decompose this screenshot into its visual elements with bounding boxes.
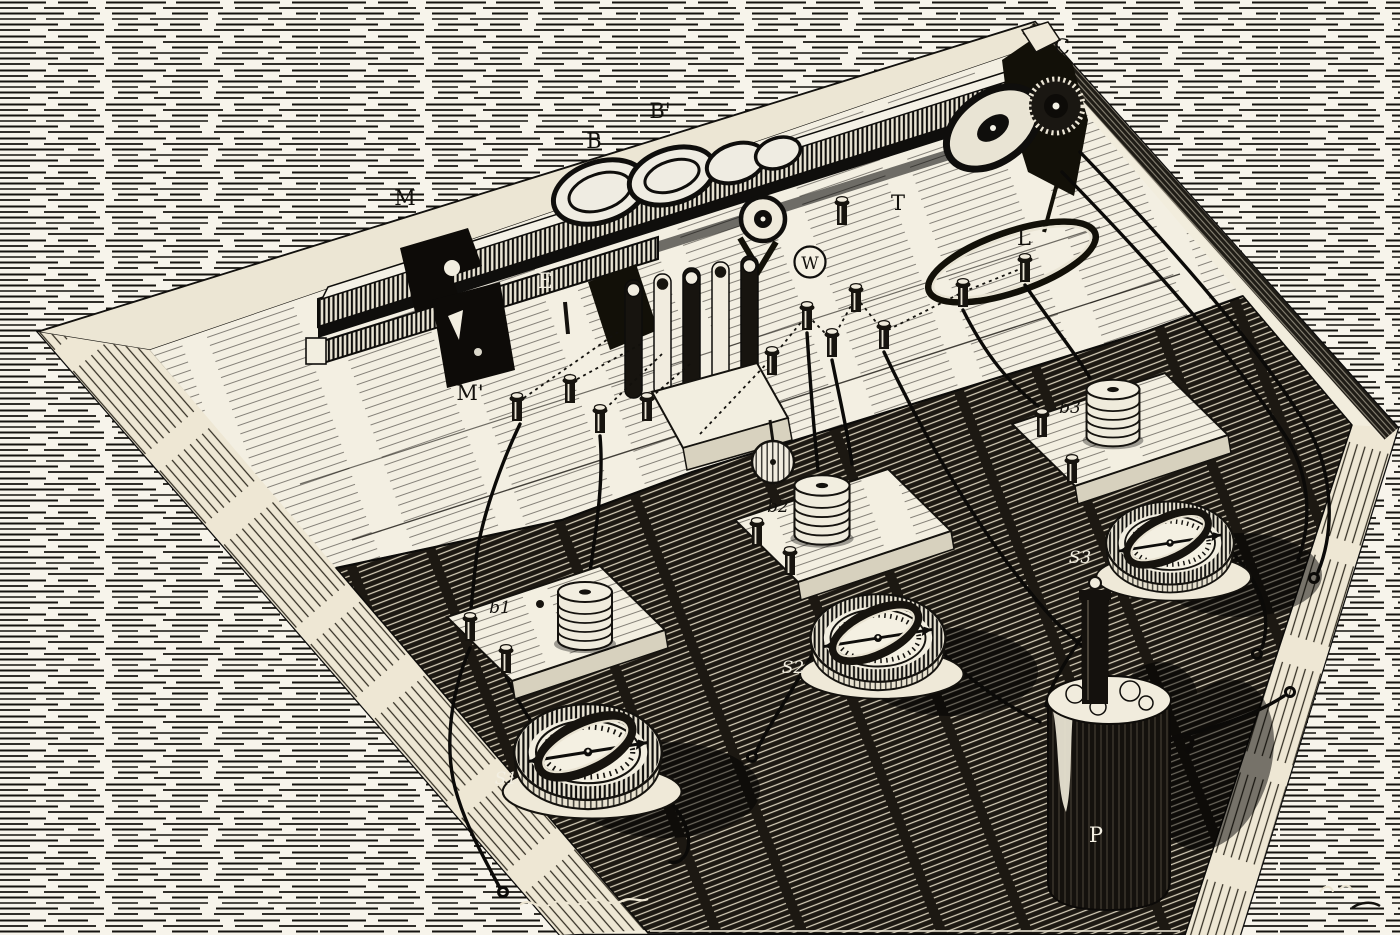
pulley-axle: [761, 217, 766, 222]
spring-screw-4: [714, 266, 727, 279]
label-b-coil: B: [586, 129, 601, 153]
scale-bar-end-cap: [306, 338, 326, 364]
carriage-screw: [474, 348, 482, 356]
label-m-prime: M': [456, 381, 483, 405]
spring-strip-3: [683, 268, 700, 394]
station-3-coil: [1083, 380, 1144, 450]
label-b1: b1: [489, 598, 511, 618]
end-pulley-axle: [990, 125, 996, 131]
label-p: P: [1089, 823, 1103, 847]
spring-screw-2: [656, 278, 669, 291]
carriage-block: [432, 282, 515, 388]
label-m: M: [394, 186, 416, 210]
label-e: E: [537, 269, 552, 293]
label-c: C: [1054, 35, 1070, 59]
battery-rod-knob: [1089, 577, 1101, 589]
label-b-prime-coil: B': [649, 99, 670, 123]
carriage-roller: [444, 260, 460, 276]
label-s1: S1: [495, 769, 517, 789]
station-1-coil: [554, 582, 616, 653]
label-l: L: [1017, 226, 1031, 250]
station-2-coil: [790, 475, 853, 547]
label-s2: S2: [782, 658, 804, 678]
engraving-figure: W: [0, 0, 1400, 935]
label-t: T: [891, 191, 905, 215]
label-b3: b3: [1059, 398, 1081, 418]
label-w: W: [801, 254, 819, 274]
engraving-canvas: W: [0, 0, 1400, 935]
spring-screw-1: [627, 284, 640, 297]
knurled-wheel-axle: [1053, 103, 1060, 110]
spring-screw-5: [743, 260, 756, 273]
spring-screw-3: [685, 272, 698, 285]
label-b2: b2: [767, 497, 789, 517]
label-s3: S3: [1069, 548, 1091, 568]
station-1-screw: [536, 600, 544, 608]
wheel-w-medallion: W: [795, 247, 826, 278]
battery-carbon-rod-front: [1082, 596, 1108, 704]
spring-strip-2: [654, 274, 671, 396]
hanging-weight-hub: [770, 459, 776, 465]
spring-strip-1: [625, 280, 642, 398]
